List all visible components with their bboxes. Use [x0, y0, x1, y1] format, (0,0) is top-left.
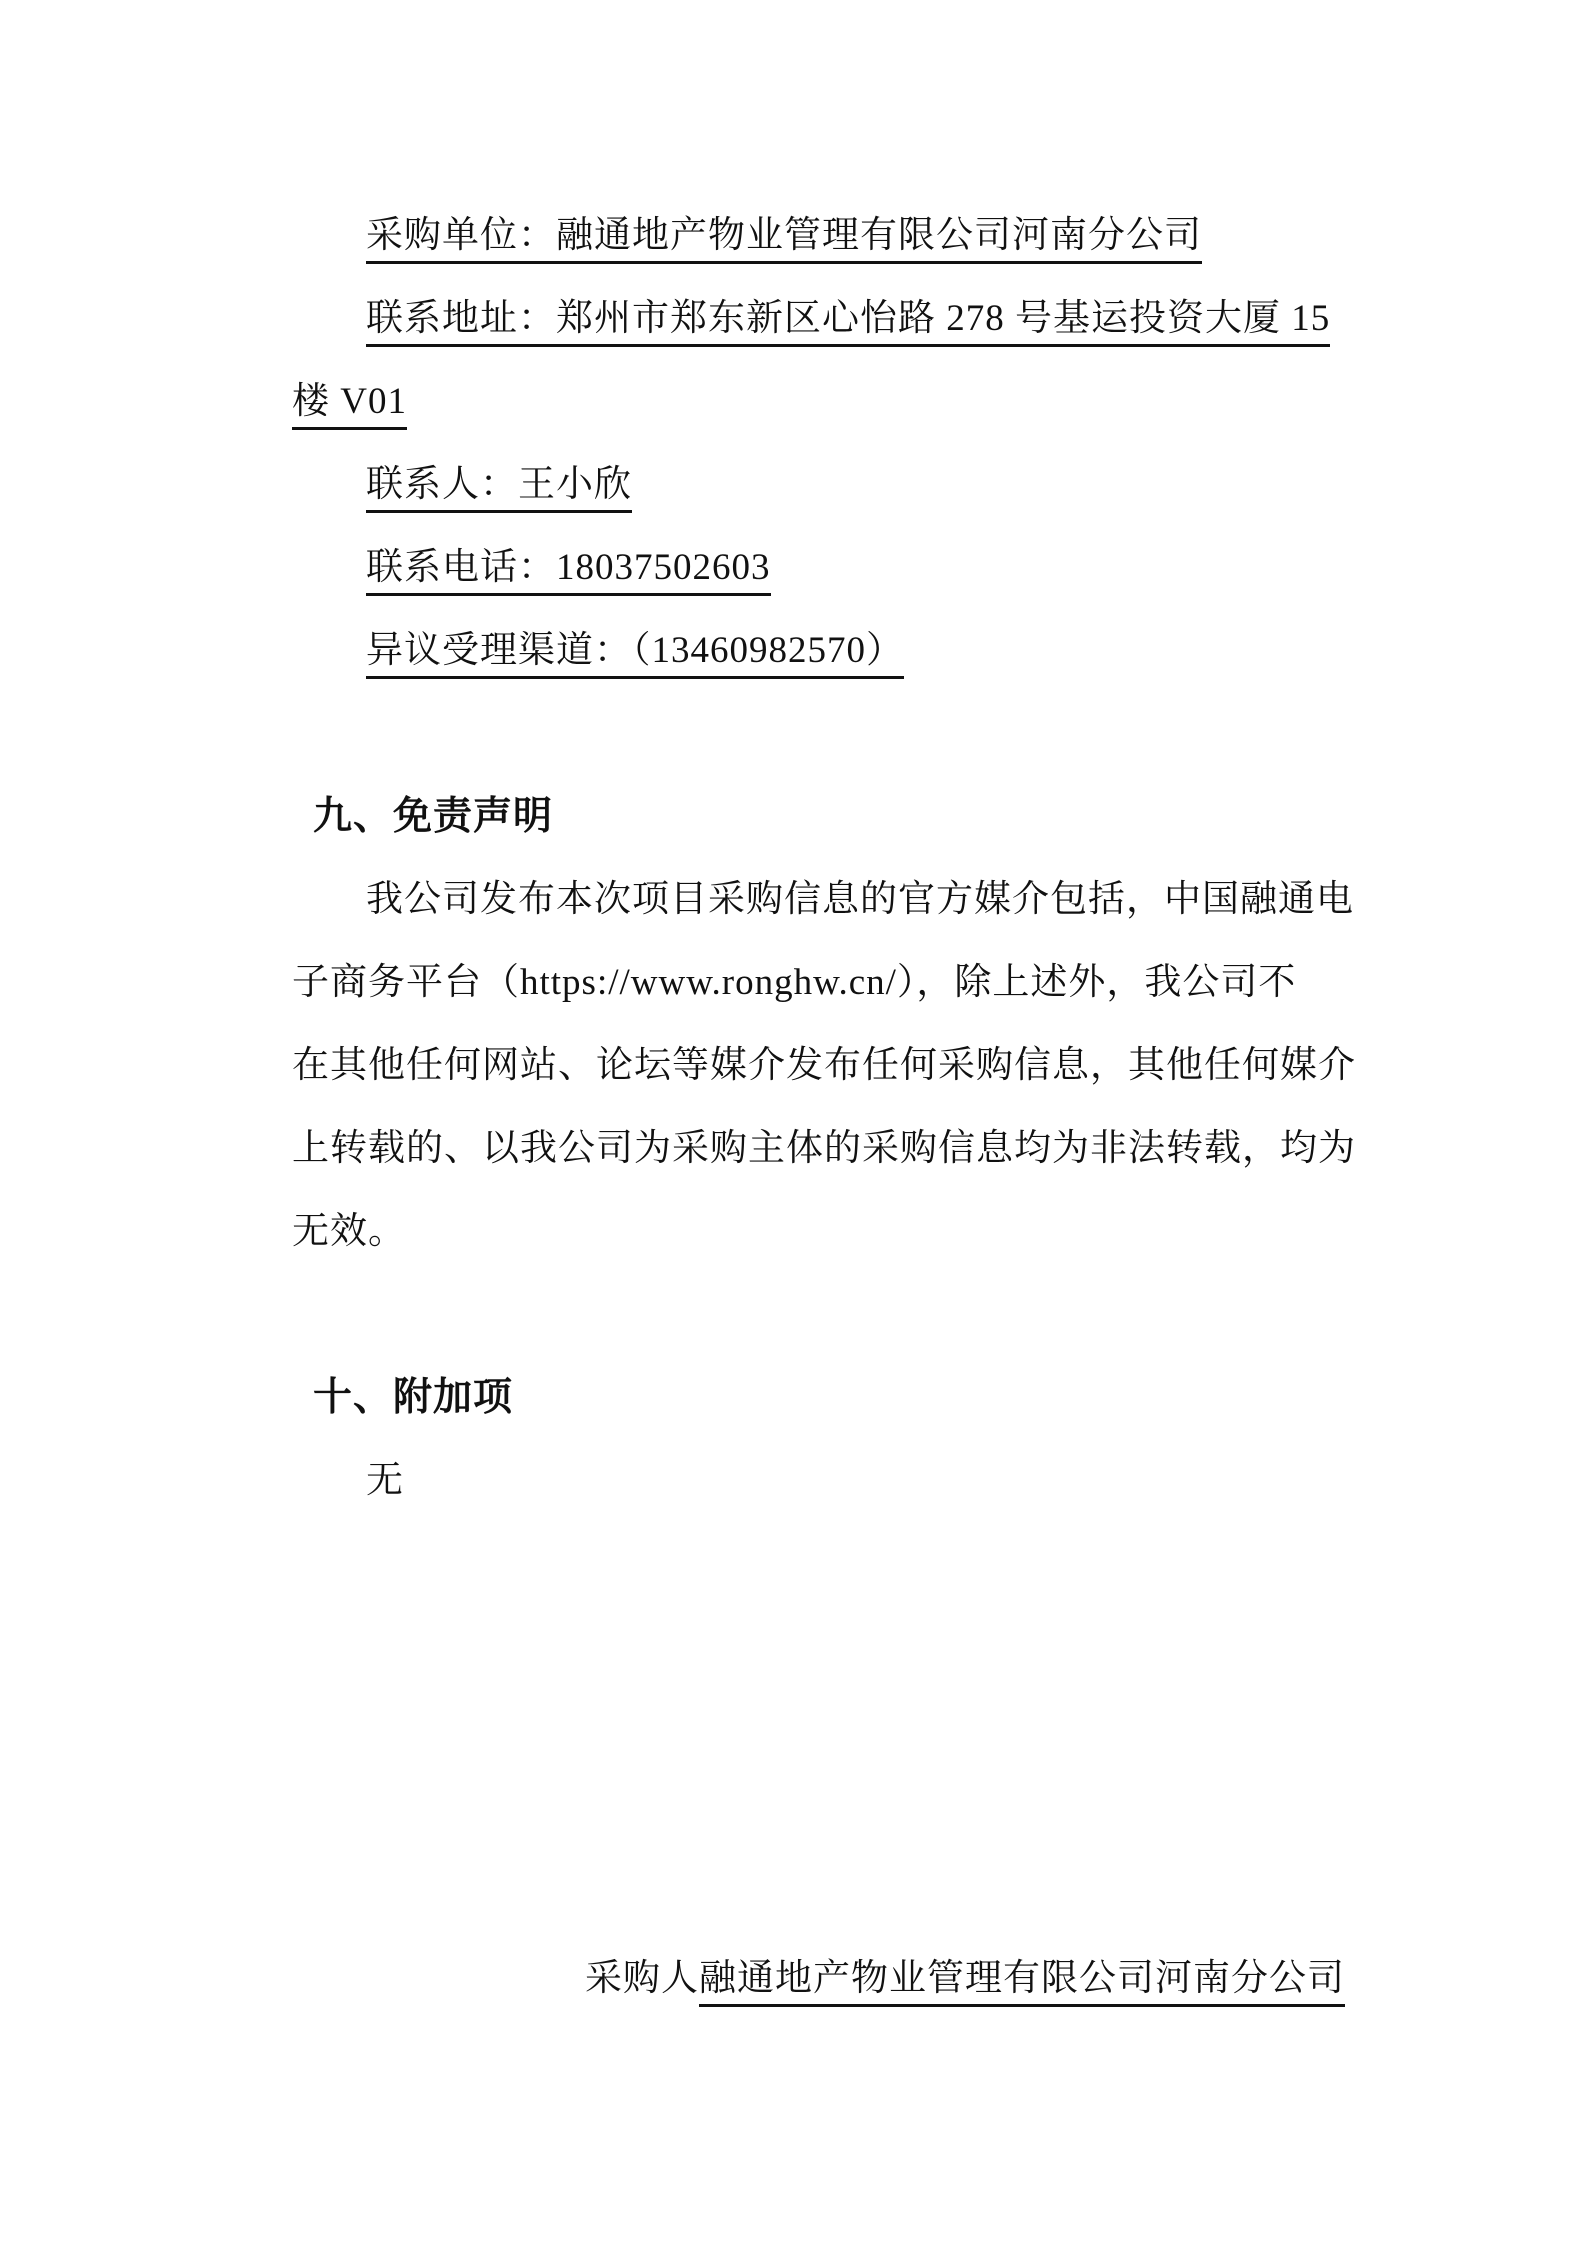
contact-address-line-1: 联系地址：郑州市郑东新区心怡路 278 号基运投资大厦 15 [292, 277, 1345, 360]
spacer [292, 1688, 1345, 1771]
objection-channel-text: 异议受理渠道：（13460982570） [366, 630, 904, 679]
addendum-body: 无 [292, 1439, 1345, 1522]
contact-address-text-1: 联系地址：郑州市郑东新区心怡路 278 号基运投资大厦 15 [366, 298, 1330, 347]
contact-person-line: 联系人：王小欣 [292, 443, 1345, 526]
spacer [292, 692, 1345, 775]
contact-phone-line: 联系电话：18037502603 [292, 526, 1345, 609]
contact-address-line-2: 楼 V01 [292, 360, 1345, 443]
objection-channel-line: 异议受理渠道：（13460982570） [292, 609, 1345, 692]
disclaimer-line-4: 上转载的、以我公司为采购主体的采购信息均为非法转载，均为 [292, 1107, 1345, 1190]
spacer [292, 1771, 1345, 1854]
purchasing-unit-line: 采购单位：融通地产物业管理有限公司河南分公司 [292, 194, 1345, 277]
contact-person-text: 联系人：王小欣 [366, 464, 632, 513]
disclaimer-line-1: 我公司发布本次项目采购信息的官方媒介包括，中国融通电 [292, 858, 1345, 941]
spacer [292, 1273, 1345, 1356]
disclaimer-line-5: 无效。 [292, 1190, 1345, 1273]
disclaimer-line-3: 在其他任何网站、论坛等媒介发布任何采购信息，其他任何媒介 [292, 1024, 1345, 1107]
contact-phone-text: 联系电话：18037502603 [366, 547, 771, 596]
disclaimer-heading: 九、免责声明 [292, 775, 1345, 858]
purchasing-unit-text: 采购单位：融通地产物业管理有限公司河南分公司 [366, 215, 1202, 264]
addendum-heading: 十、附加项 [292, 1356, 1345, 1439]
spacer [292, 1605, 1345, 1688]
contact-address-text-2: 楼 V01 [292, 381, 407, 430]
spacer [292, 1854, 1345, 1937]
signature-prefix: 采购人 [585, 1958, 699, 1999]
signature-company: 融通地产物业管理有限公司河南分公司 [699, 1958, 1345, 2007]
disclaimer-line-2: 子商务平台（https://www.ronghw.cn/），除上述外，我公司不 [292, 941, 1345, 1024]
document-page: 采购单位：融通地产物业管理有限公司河南分公司 联系地址：郑州市郑东新区心怡路 2… [0, 0, 1587, 2245]
spacer [292, 1522, 1345, 1605]
signature-line: 采购人融通地产物业管理有限公司河南分公司 [292, 1937, 1345, 2020]
